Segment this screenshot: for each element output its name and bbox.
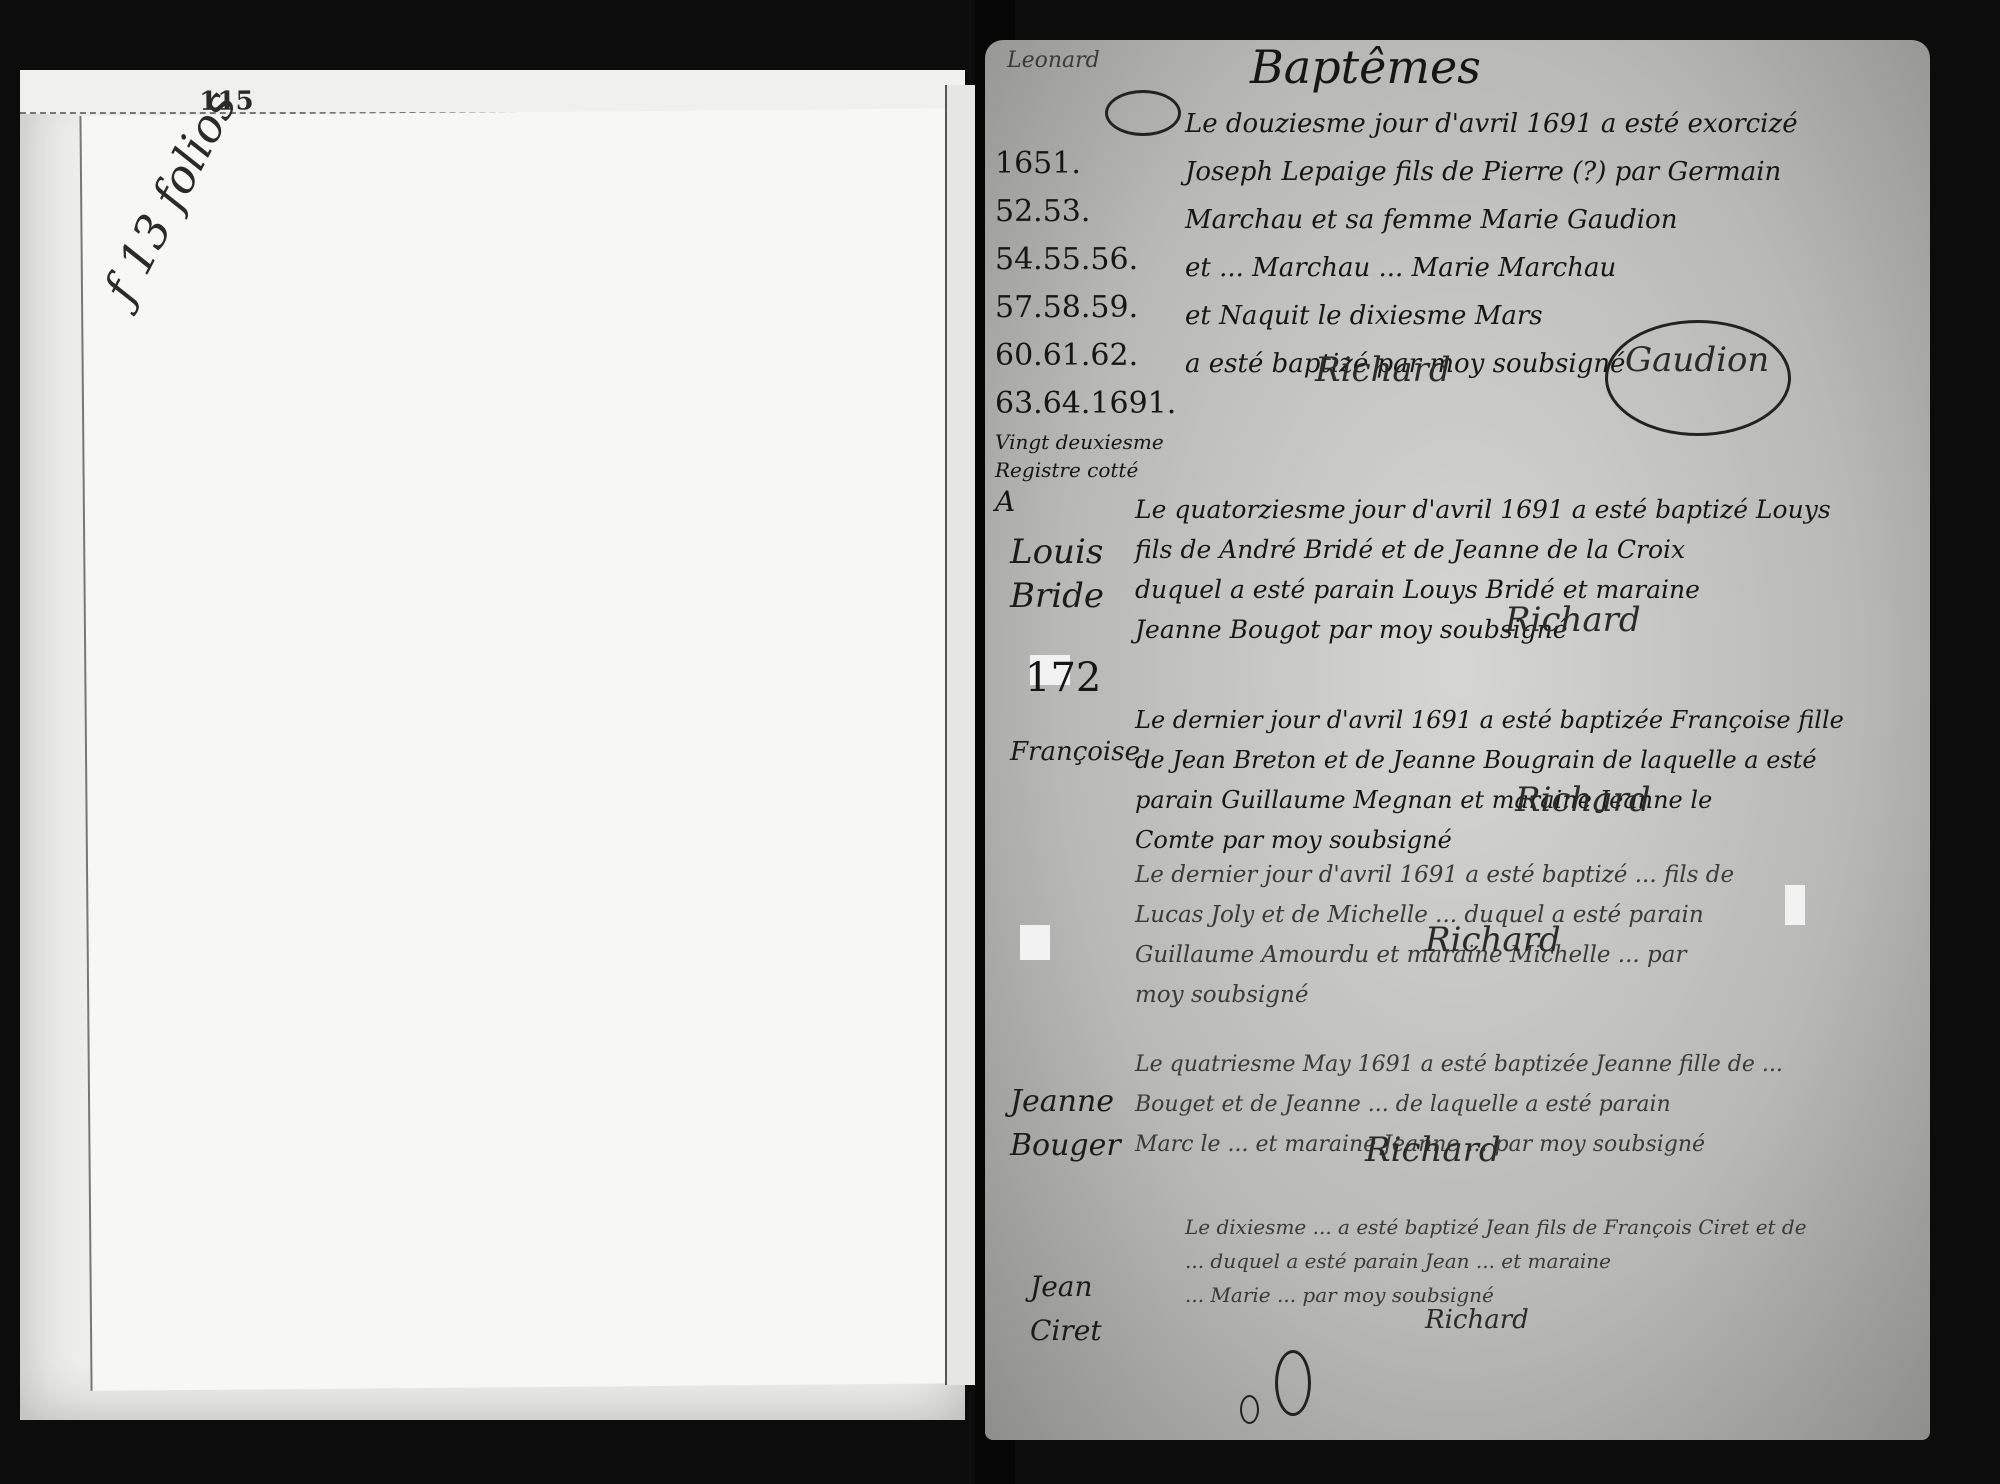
year-line: 1651. — [995, 140, 1176, 188]
entry-line: moy soubsigné — [1135, 975, 1915, 1015]
entry-line: Comte par moy soubsigné — [1135, 820, 1915, 860]
entry-line: Le dernier jour d'avril 1691 a esté bapt… — [1135, 700, 1915, 740]
corner-name: Leonard — [1007, 48, 1100, 73]
signature-richard: Richard — [1505, 600, 1641, 640]
margin-name-francoise: Françoise — [1010, 730, 1140, 774]
year-margin: 1651. 52.53. 54.55.56. 57.58.59. 60.61.6… — [995, 140, 1176, 520]
paraph-mark — [1275, 1350, 1311, 1416]
year-line: 54.55.56. — [995, 236, 1176, 284]
entry-line: Le quatriesme May 1691 a esté baptizée J… — [1135, 1045, 1915, 1085]
year-line: Vingt deuxiesme — [995, 428, 1176, 456]
year-line: 52.53. — [995, 188, 1176, 236]
signature-richard: Richard — [1425, 1305, 1529, 1335]
paper-patch — [1020, 925, 1050, 960]
entry-line: ... Marie ... par moy soubsigné — [1185, 1278, 1905, 1312]
pencil-folio-note: ƒ 13 folios — [93, 82, 247, 311]
margin-name-jeanne-bouger: Jeanne Bouger — [1010, 1080, 1120, 1168]
blank-insert-sheet: 115 ƒ 13 folios — [79, 108, 984, 1391]
entry-line: Marc le ... et maraine Jeanne ... par mo… — [1135, 1125, 1915, 1165]
entry-line: Marchau et sa femme Marie Gaudion — [1185, 196, 1885, 244]
signature-richard: Richard — [1425, 920, 1561, 960]
baptism-entry-1: Le douziesme jour d'avril 1691 a esté ex… — [1185, 100, 1885, 388]
year-line: Registre cotté — [995, 456, 1176, 484]
signature-richard: Richard — [1365, 1130, 1501, 1170]
signature-richard: Richard — [1315, 350, 1451, 390]
margin-number: 172 — [1025, 655, 1101, 701]
entry-line: Joseph Lepaige fils de Pierre (?) par Ge… — [1185, 148, 1885, 196]
entry-line: Le dernier jour d'avril 1691 a esté bapt… — [1135, 855, 1915, 895]
register-title: Baptêmes — [1250, 40, 1481, 94]
entry-line: fils de André Bridé et de Jeanne de la C… — [1135, 530, 1905, 570]
entry-line: Le dixiesme ... a esté baptizé Jean fils… — [1185, 1210, 1905, 1244]
baptism-entry-6: Le dixiesme ... a esté baptizé Jean fils… — [1185, 1210, 1905, 1312]
year-line: 60.61.62. — [995, 332, 1176, 380]
signature-paraph — [1605, 320, 1791, 436]
insert-top-strip — [20, 70, 965, 114]
page-edges — [945, 85, 979, 1385]
margin-name-jean-ciret: Jean Ciret — [1030, 1265, 1120, 1353]
entry-line: Le quatorziesme jour d'avril 1691 a esté… — [1135, 490, 1905, 530]
initial-flourish — [1105, 90, 1181, 136]
ink-mark — [1240, 1395, 1259, 1424]
entry-line: et Naquit le dixiesme Mars — [1185, 292, 1885, 340]
year-line: 63.64.1691. — [995, 380, 1176, 428]
entry-line: ... duquel a esté parain Jean ... et mar… — [1185, 1244, 1905, 1278]
signature-richard: Richard — [1515, 780, 1651, 820]
entry-line: et ... Marchau ... Marie Marchau — [1185, 244, 1885, 292]
margin-name-louis-bride: Louis Bride — [1010, 530, 1120, 618]
baptism-entry-5: Le quatriesme May 1691 a esté baptizée J… — [1135, 1045, 1915, 1165]
entry-line: de Jean Breton et de Jeanne Bougrain de … — [1135, 740, 1915, 780]
right-page: Leonard Baptêmes 1651. 52.53. 54.55.56. … — [985, 40, 1930, 1440]
entry-line: Le douziesme jour d'avril 1691 a esté ex… — [1185, 100, 1885, 148]
year-line: 57.58.59. — [995, 284, 1176, 332]
entry-line: Bouget et de Jeanne ... de laquelle a es… — [1135, 1085, 1915, 1125]
